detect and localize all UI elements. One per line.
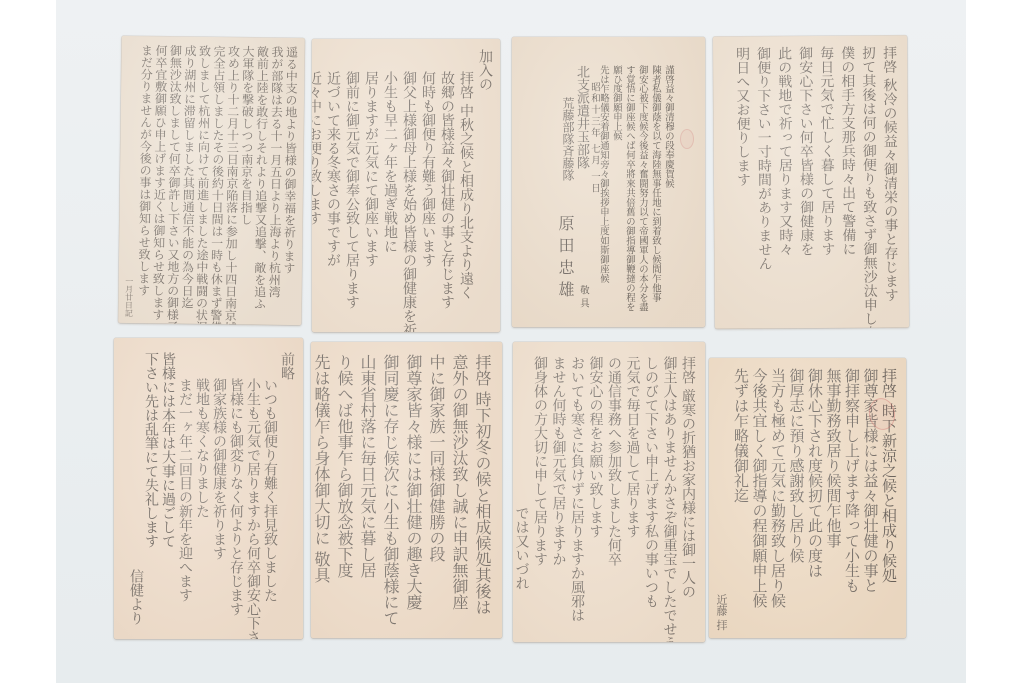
- printed-column: 陳者私儀御蔭を以て海陸無事任地に到着致し候間乍他事: [649, 65, 662, 312]
- text-column: 御便り下さい一寸時間がありません: [752, 46, 775, 321]
- printed-column: 願ひ度御願申上候: [610, 65, 623, 312]
- text-column: 加入の: [475, 49, 494, 324]
- text-column: 拝啓 時下初冬の候と相成候処其後は: [471, 354, 494, 629]
- text-column: 御休心下され度候扨て此の度は: [806, 368, 825, 623]
- text-column: 御家族様の御健康を祈ります: [210, 352, 227, 612]
- text-column: おいても寒さに負けずに居りますか風邪は: [568, 356, 587, 631]
- text-column: の通信事務へ参加致しました何卒: [605, 356, 624, 631]
- text-column: まだ一ヶ年二回目の新年を迎へます: [176, 352, 193, 612]
- text-column: 何時も御便り有難う御座います: [418, 49, 437, 324]
- printed-text: 謹啓益々御清穆の段奉慶賀候 陳者私儀御蔭を以て海陸無事任地に到着致し候間乍他事 …: [597, 65, 675, 312]
- postcard-5: 前略 いつも御便り有難く拝見致しました 小生も元気で居りますから何卒御安心下さい…: [114, 338, 303, 639]
- handwritten-text: 加入の 拝啓 中秋之候と相成り北支より遠く 故郷の皆様益々御壮健の事と存じます …: [312, 49, 494, 324]
- text-column: 御身体の方大切に申して居ります: [531, 356, 550, 631]
- footnote: 一月廿日記: [124, 277, 133, 317]
- handwritten-text: 拝啓 秋冷の候益々御清栄の事と存じます 扨て其後は何の御便りも致さず御無沙汰申し…: [731, 45, 901, 321]
- text-column: 意外の御無沙汰致し誠に申訳無御座: [448, 354, 471, 629]
- red-stamp-mark: [680, 129, 694, 149]
- text-column: 小生も早二ヶ年を過ぎ戦地に: [380, 49, 399, 324]
- printed-column: 謹啓益々御清穆の段奉慶賀候: [662, 65, 675, 312]
- postcard-1: 遥る中支の地より皆様の御幸福を祈ります 我が部隊は去る十一月五日より上海より杭州…: [118, 36, 304, 325]
- postcard-4: 拝啓 秋冷の候益々御清栄の事と存じます 扨て其後は何の御便りも致さず御無沙汰申し…: [713, 35, 909, 328]
- signature: 原田忠雄: [554, 215, 577, 303]
- postcards-photo: 遥る中支の地より皆様の御幸福を祈ります 我が部隊は去る十一月五日より上海より杭州…: [56, 0, 966, 683]
- text-column: 僕の相手方支那兵時々出て警備に: [836, 46, 859, 321]
- text-column: 今後共宜しく御指導の程御願申上候: [750, 368, 769, 623]
- text-column: 御安心下さい何卒皆様の御健康を: [794, 46, 817, 321]
- text-column: り候へば他事乍ら御放念被下度: [333, 354, 356, 629]
- text-column: 元気で毎日を過して居ります: [623, 356, 642, 631]
- text-column: 拝啓 中秋之候と相成り北支より遠く: [456, 49, 475, 324]
- text-column: 御安心の程をお願い致します: [586, 356, 605, 631]
- handwritten-text: 拝啓 厳寒の折猶お家内様には御一人の 御主人はありませんかさぞ御重宝でしたでせう…: [513, 356, 697, 631]
- text-column: いつも御便り有難く拝見致しました: [261, 352, 278, 612]
- closing: 敬具: [576, 285, 590, 312]
- printed-column: す覚悟に御座候へば何卒將來共倍舊の御指導御鞭撻の程を: [623, 65, 636, 312]
- text-column: 故郷の皆様益々御壮健の事と存じます: [437, 49, 456, 324]
- handwritten-text: 拝啓 時下初冬の候と相成候処其後は 意外の御無沙汰致し誠に申訳無御座 中に御家族…: [311, 354, 494, 629]
- postcard-8: 拝啓 時下新涼之候と相成り候処 御尊家皆様には益々御壮健の事と 御拝察申し上げま…: [709, 358, 906, 638]
- unit-line: 荒藤部隊斉藤隊: [560, 97, 577, 181]
- text-column: 御主人はありませんかさぞ御重宝でしたでせう: [660, 356, 679, 631]
- handwritten-text: 遥る中支の地より皆様の御幸福を祈ります 我が部隊は去る十一月五日より上海より杭州…: [136, 44, 299, 316]
- text-column: 前略: [278, 352, 295, 612]
- text-column: では又いづれ: [513, 356, 531, 631]
- text-column: しのびて下さい申上げます私の事いつも: [642, 356, 661, 631]
- text-column: 明日へ又お便りします: [731, 46, 754, 321]
- signature: 信健より: [126, 569, 146, 625]
- text-column: 無事勤務致居り候間乍他事: [824, 368, 843, 623]
- signature: 近藤 拝: [715, 594, 727, 631]
- text-column: 戦地も寒くなりました: [193, 352, 210, 612]
- text-column: 拝啓 秋冷の候益々御清栄の事と存じます: [878, 45, 901, 320]
- text-column: 当方も極めて元気に勤務致し居り候: [769, 368, 788, 623]
- text-column: 御拝察申し上げます降って小生も: [843, 368, 862, 623]
- text-column: 皆様には本年は大事に過ごして: [159, 352, 176, 612]
- postcard-3-printed: 謹啓益々御清穆の段奉慶賀候 陳者私儀御蔭を以て海陸無事任地に到着致し候間乍他事 …: [512, 37, 705, 327]
- text-column: 皆様にも御変りなく何よりと存じます: [227, 352, 244, 612]
- text-column: 御前に御元気で御奉公致して居ります: [342, 49, 361, 324]
- text-column: 近づいて来る冬寒さの事ですが: [323, 49, 342, 324]
- text-column: 御厚志に預り感謝致し居り候: [787, 368, 806, 623]
- printed-column: 御安心被下度候今後益々奮闘努力以て帝國軍人の本分を盡: [636, 65, 649, 312]
- postcard-6: 拝啓 時下初冬の候と相成候処其後は 意外の御無沙汰致し誠に申訳無御座 中に御家族…: [311, 342, 502, 638]
- text-column: 小生も元気で居りますから何卒御安心下さい: [244, 352, 261, 612]
- text-column: 先は略儀乍ら身体御大切に 敬具: [311, 354, 333, 629]
- handwritten-text: 前略 いつも御便り有難く拝見致しました 小生も元気で居りますから何卒御安心下さい…: [142, 352, 295, 612]
- postcard-7: 拝啓 厳寒の折猶お家内様には御一人の 御主人はありませんかさぞ御重宝でしたでせう…: [513, 342, 705, 642]
- text-column: 御父上様御母上様を始め皆様の御健康を祈り: [399, 49, 418, 324]
- text-column: 山東省村落に毎日元気に暮し居: [356, 354, 379, 629]
- text-column: 御尊家皆々様には御壮健の趣き大慶: [402, 354, 425, 629]
- text-column: 中に御家族一同様御健勝の段: [425, 354, 448, 629]
- text-column: 扨て其後は何の御便りも致さず御無沙汰申し上げ: [857, 46, 880, 321]
- text-column: 近々中にお便り致します: [312, 49, 323, 324]
- text-column: ません何時も御元気で居りますか: [549, 356, 568, 631]
- text-column: 御同慶に存じ候次に小生も御蔭様にて: [379, 354, 402, 629]
- text-column: 居りますが元気にて御座います: [361, 49, 380, 324]
- text-column: 拝啓 厳寒の折猶お家内様には御一人の: [679, 356, 698, 631]
- text-column: 此の戦地で祈って居ります又時々: [773, 46, 796, 321]
- postcard-2: 加入の 拝啓 中秋之候と相成り北支より遠く 故郷の皆様益々御壮健の事と存じます …: [312, 39, 500, 332]
- text-column: 先ずは乍略儀御礼迄: [732, 368, 751, 623]
- text-column: 毎日元気で忙しく暮して居ります: [815, 46, 838, 321]
